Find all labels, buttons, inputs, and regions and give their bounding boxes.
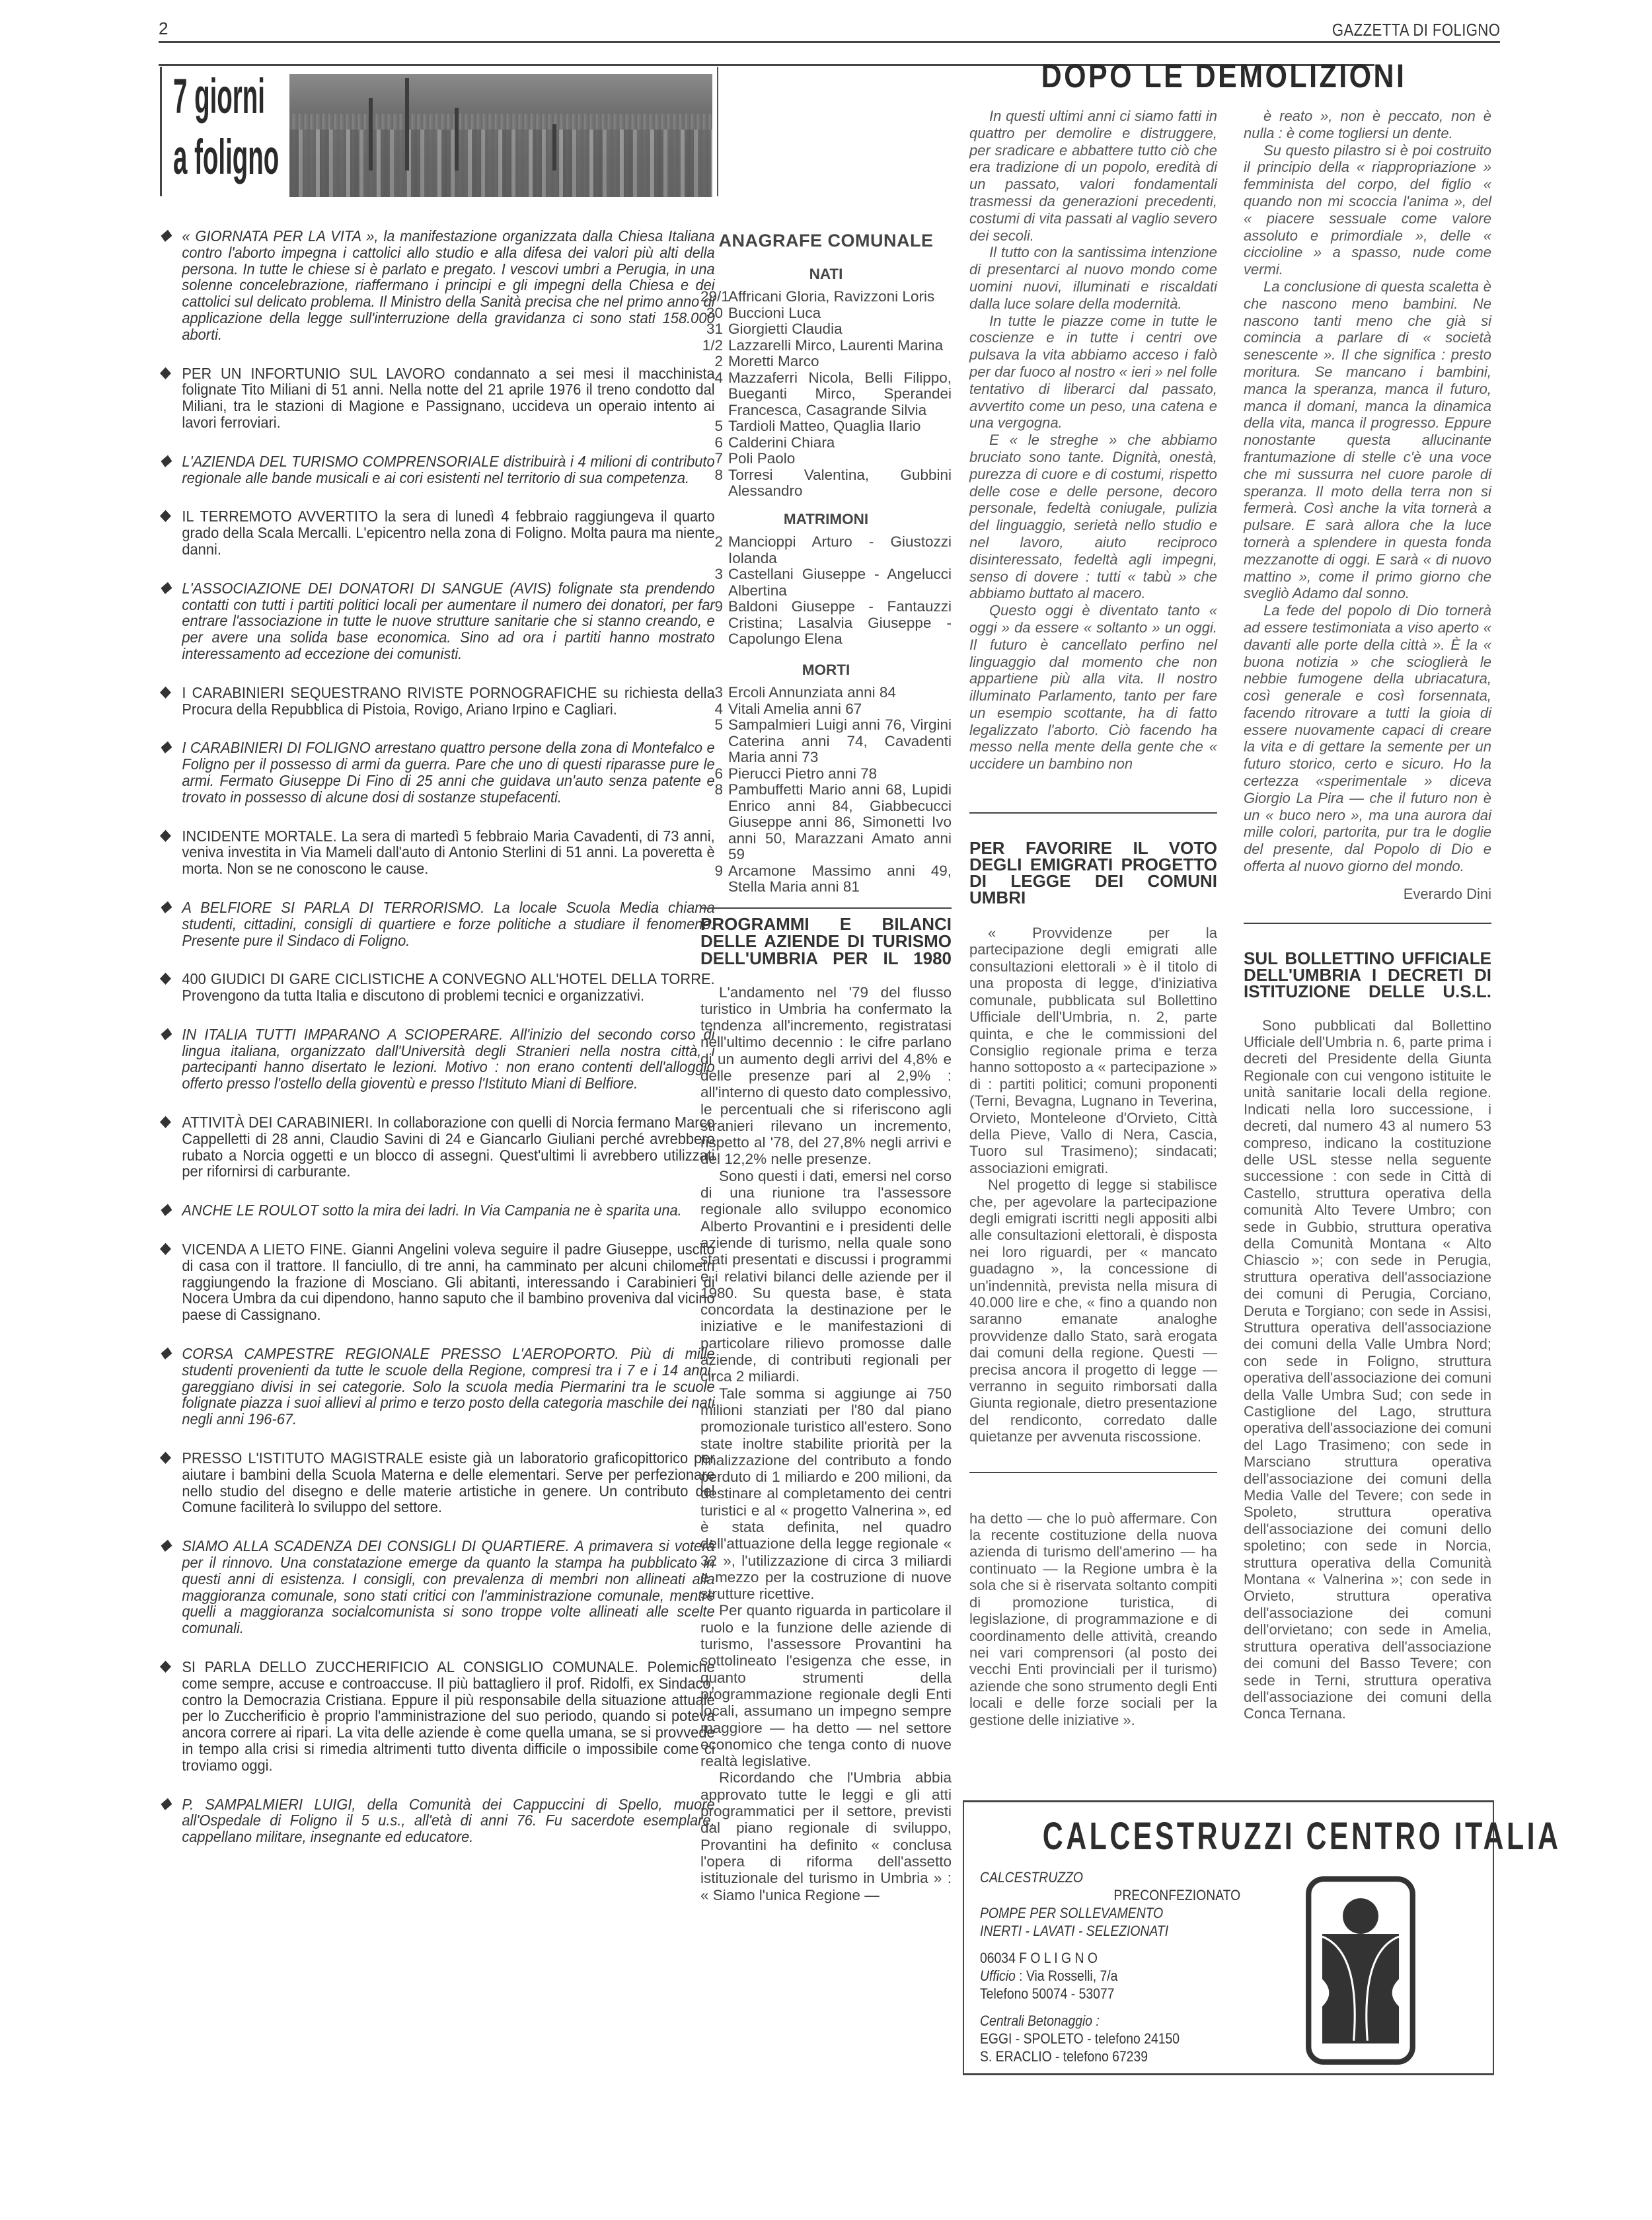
page-number: 2 bbox=[159, 19, 168, 39]
section-title: 7 giorni a foligno bbox=[173, 66, 231, 188]
news-brief-item: ◆L'AZIENDA DEL TURISMO COMPRENSORIALE di… bbox=[159, 453, 715, 486]
registry-entry: 2Moretti Marco bbox=[700, 354, 952, 370]
diamond-bullet-icon: ◆ bbox=[160, 1026, 171, 1042]
news-brief-lead: PER UN INFORTUNIO SUL LAVORO bbox=[182, 365, 445, 382]
calcestruzzi-logo-icon bbox=[1304, 1876, 1417, 2065]
divider bbox=[1244, 923, 1491, 924]
news-brief-column: ◆« GIORNATA PER LA VITA », la manifestaz… bbox=[159, 228, 715, 1868]
registry-entry: 2Mancioppi Arturo - Giustozzi Iolanda bbox=[700, 534, 952, 566]
ad-text: CALCESTRUZZO PRECONFEZIONATO POMPE PER S… bbox=[980, 1868, 1236, 2065]
news-brief-body: la manifestazione organizzata dalla Chie… bbox=[182, 227, 714, 343]
news-brief-item: ◆L'ASSOCIAZIONE DEI DONATORI DI SANGUE (… bbox=[159, 580, 715, 662]
matrimoni-list: 2Mancioppi Arturo - Giustozzi Iolanda3Ca… bbox=[700, 534, 952, 648]
registry-entry: 4Vitali Amelia anni 67 bbox=[700, 701, 952, 718]
news-brief-body: sotto la mira dei ladri. In Via Campania… bbox=[319, 1202, 682, 1219]
diamond-bullet-icon: ◆ bbox=[160, 1345, 171, 1361]
diamond-bullet-icon: ◆ bbox=[160, 508, 171, 524]
registry-date: 4 bbox=[700, 370, 728, 419]
paragraph: Il tutto con la santissima intenzione di… bbox=[969, 244, 1217, 312]
news-brief-lead: P. SAMPALMIERI LUIGI, bbox=[182, 1796, 356, 1813]
registry-names: Poli Paolo bbox=[728, 451, 952, 467]
divider bbox=[969, 812, 1217, 814]
registry-names: Pambuffetti Mario anni 68, Lupidi Enrico… bbox=[728, 782, 952, 863]
diamond-bullet-icon: ◆ bbox=[160, 1449, 171, 1466]
news-brief-item: ◆« GIORNATA PER LA VITA », la manifestaz… bbox=[159, 228, 715, 343]
paragraph: In questi ultimi anni ci siamo fatti in … bbox=[969, 108, 1217, 244]
registry-date: 8 bbox=[700, 782, 728, 863]
registry-entry: 6Pierucci Pietro anni 78 bbox=[700, 766, 952, 783]
paragraph: è reato », non è peccato, non è nulla : … bbox=[1244, 108, 1491, 142]
news-brief-item: ◆VICENDA A LIETO FINE. Gianni Angelini v… bbox=[159, 1241, 715, 1323]
paragraph: ha detto — che lo può affermare. Con la … bbox=[969, 1510, 1217, 1728]
ad-line: INERTI - LAVATI - SELEZIONATI bbox=[980, 1922, 1236, 1940]
registry-date: 3 bbox=[700, 566, 728, 599]
ad-phone: Telefono 50074 - 53077 bbox=[980, 1985, 1236, 2003]
registry-names: Affricani Gloria, Ravizzoni Loris bbox=[728, 289, 952, 305]
news-brief-item: ◆400 GIUDICI DI GARE CICLISTICHE A CONVE… bbox=[159, 971, 715, 1004]
paragraph: Questo oggi è diventato tanto « oggi » d… bbox=[969, 602, 1217, 773]
paragraph: « Provvidenze per la partecipazione degl… bbox=[969, 925, 1217, 1176]
news-brief-lead: L'AZIENDA DEL TURISMO COMPRENSORIALE bbox=[182, 453, 499, 470]
registry-entry: 5Tardioli Matteo, Quaglia Ilario bbox=[700, 418, 952, 435]
news-brief-body: Polemiche come sempre, accuse e controac… bbox=[182, 1658, 714, 1774]
divider bbox=[969, 1472, 1217, 1473]
morti-heading: MORTI bbox=[700, 662, 952, 679]
diamond-bullet-icon: ◆ bbox=[160, 453, 171, 469]
paragraph: In tutte le piazze come in tutte le cosc… bbox=[969, 313, 1217, 432]
news-brief-item: ◆P. SAMPALMIERI LUIGI, della Comunità de… bbox=[159, 1796, 715, 1845]
paragraph: Su questo pilastro si è poi costruito il… bbox=[1244, 142, 1491, 278]
editorial-signature: Everardo Dini bbox=[1244, 886, 1491, 903]
registry-names: Ercoli Annunziata anni 84 bbox=[728, 685, 952, 701]
registry-date: 2 bbox=[700, 354, 728, 370]
news-brief-item: ◆IN ITALIA TUTTI IMPARANO A SCIOPERARE. … bbox=[159, 1026, 715, 1092]
news-brief-lead: L'ASSOCIAZIONE DEI DONATORI DI SANGUE (A… bbox=[182, 580, 551, 597]
registry-date: 6 bbox=[700, 766, 728, 783]
registry-entry: 9Arcamone Massimo anni 49, Stella Maria … bbox=[700, 863, 952, 896]
registry-names: Tardioli Matteo, Quaglia Ilario bbox=[728, 418, 952, 435]
registry-names: Calderini Chiara bbox=[728, 435, 952, 451]
diamond-bullet-icon: ◆ bbox=[160, 1202, 171, 1218]
ad-office-label: Ufficio bbox=[980, 1968, 1016, 1984]
registry-entry: 8Torresi Valentina, Gubbini Alessandro bbox=[700, 467, 952, 500]
diamond-bullet-icon: ◆ bbox=[160, 1658, 171, 1675]
diamond-bullet-icon: ◆ bbox=[160, 739, 171, 755]
registry-date: 3 bbox=[700, 685, 728, 701]
ad-office-address: : Via Rosselli, 7/a bbox=[1019, 1968, 1117, 1984]
ad-plant: EGGI - SPOLETO - telefono 24150 bbox=[980, 2030, 1236, 2048]
paragraph: L'andamento nel '79 del flusso turistico… bbox=[700, 984, 952, 1168]
registry-names: Buccioni Luca bbox=[728, 305, 952, 322]
anagrafe-column: ANAGRAFE COMUNALE NATI 29/1Affricani Glo… bbox=[700, 233, 952, 1903]
news-brief-item: ◆SIAMO ALLA SCADENZA DEI CONSIGLI DI QUA… bbox=[159, 1538, 715, 1636]
paragraph: La fede del popolo di Dio tornerà ad ess… bbox=[1244, 602, 1491, 875]
news-brief-item: ◆IL TERREMOTO AVVERTITO la sera di luned… bbox=[159, 508, 715, 557]
diamond-bullet-icon: ◆ bbox=[160, 827, 171, 844]
diamond-bullet-icon: ◆ bbox=[160, 365, 171, 381]
ad-city: 06034 F O L I G N O bbox=[980, 1949, 1236, 1967]
anagrafe-title: ANAGRAFE COMUNALE bbox=[700, 233, 952, 249]
news-brief-lead: VICENDA A LIETO FINE. bbox=[182, 1241, 346, 1258]
news-brief-lead: 400 GIUDICI DI GARE CICLISTICHE A CONVEG… bbox=[182, 970, 714, 987]
programmi-headline: PROGRAMMI E BILANCI DELLE AZIENDE DI TUR… bbox=[700, 915, 952, 967]
masthead: GAZZETTA DI FOLIGNO bbox=[1332, 20, 1500, 40]
ad-title: CALCESTRUZZI CENTRO ITALIA bbox=[1043, 1814, 1414, 1858]
diamond-bullet-icon: ◆ bbox=[160, 899, 171, 915]
news-brief-body: Provengono da tutta Italia e discutono d… bbox=[182, 987, 644, 1004]
section-title-line2: a foligno bbox=[173, 127, 231, 188]
diamond-bullet-icon: ◆ bbox=[160, 227, 171, 244]
news-brief-lead: IL TERREMOTO AVVERTITO bbox=[182, 508, 378, 525]
registry-date: 1/2 bbox=[700, 338, 728, 354]
news-brief-item: ◆PER UN INFORTUNIO SUL LAVORO condannato… bbox=[159, 365, 715, 431]
registry-entry: 3Castellani Giuseppe - Angelucci Alberti… bbox=[700, 566, 952, 599]
paragraph: Ricordando che l'Umbria abbia approvato … bbox=[700, 1769, 952, 1903]
programmi-continuation: ha detto — che lo può affermare. Con la … bbox=[969, 1510, 1217, 1728]
registry-entry: 5Sampalmieri Luigi anni 76, Virgini Cate… bbox=[700, 717, 952, 766]
registry-names: Baldoni Giuseppe - Fantauzzi Cristina; L… bbox=[728, 599, 952, 648]
registry-names: Pierucci Pietro anni 78 bbox=[728, 766, 952, 783]
registry-names: Arcamone Massimo anni 49, Stella Maria a… bbox=[728, 863, 952, 896]
matrimoni-heading: MATRIMONI bbox=[700, 512, 952, 528]
ad-line: POMPE PER SOLLEVAMENTO bbox=[980, 1904, 1236, 1922]
registry-names: Sampalmieri Luigi anni 76, Virgini Cater… bbox=[728, 717, 952, 766]
news-brief-item: ◆ATTIVITÀ DEI CARABINIERI. In collaboraz… bbox=[159, 1114, 715, 1180]
registry-date: 5 bbox=[700, 717, 728, 766]
news-brief-lead: « GIORNATA PER LA VITA », bbox=[182, 227, 378, 245]
news-brief-lead: I CARABINIERI SEQUESTRANO RIVISTE PORNOG… bbox=[182, 684, 597, 701]
emigrati-article: « Provvidenze per la partecipazione degl… bbox=[969, 925, 1217, 1445]
registry-entry: 31Giorgietti Claudia bbox=[700, 321, 952, 338]
registry-date: 29/1 bbox=[700, 289, 728, 305]
divider bbox=[700, 907, 952, 909]
news-brief-lead: INCIDENTE MORTALE. bbox=[182, 827, 336, 845]
news-brief-item: ◆INCIDENTE MORTALE. La sera di martedì 5… bbox=[159, 828, 715, 877]
ad-plant: S. ERACLIO - telefono 67239 bbox=[980, 2048, 1236, 2065]
registry-names: Lazzarelli Mirco, Laurenti Marina bbox=[728, 338, 952, 354]
registry-entry: 3Ercoli Annunziata anni 84 bbox=[700, 685, 952, 701]
diamond-bullet-icon: ◆ bbox=[160, 684, 171, 701]
editorial-headline: DOPO LE DEMOLIZIONI bbox=[1008, 57, 1440, 95]
morti-list: 3Ercoli Annunziata anni 844Vitali Amelia… bbox=[700, 685, 952, 896]
registry-names: Giorgietti Claudia bbox=[728, 321, 952, 338]
registry-entry: 8Pambuffetti Mario anni 68, Lupidi Enric… bbox=[700, 782, 952, 863]
editorial-column-2: è reato », non è peccato, non è nulla : … bbox=[1244, 108, 1491, 1722]
registry-names: Torresi Valentina, Gubbini Alessandro bbox=[728, 467, 952, 500]
diamond-bullet-icon: ◆ bbox=[160, 1114, 171, 1130]
paragraph: E « le streghe » che abbiamo bruciato so… bbox=[969, 432, 1217, 602]
paragraph: Per quanto riguarda in particolare il ru… bbox=[700, 1602, 952, 1769]
news-brief-item: ◆PRESSO L'ISTITUTO MAGISTRALE esiste già… bbox=[159, 1450, 715, 1515]
registry-date: 9 bbox=[700, 863, 728, 896]
advertisement: CALCESTRUZZI CENTRO ITALIA CALCESTRUZZO … bbox=[963, 1800, 1494, 2075]
registry-entry: 7Poli Paolo bbox=[700, 451, 952, 467]
usl-article: Sono pubblicati dal Bollettino Ufficiale… bbox=[1244, 1017, 1491, 1722]
registry-names: Vitali Amelia anni 67 bbox=[728, 701, 952, 718]
registry-date: 7 bbox=[700, 451, 728, 467]
header-rule bbox=[159, 41, 1500, 43]
news-brief-item: ◆I CARABINIERI SEQUESTRANO RIVISTE PORNO… bbox=[159, 685, 715, 718]
editorial-column-1: In questi ultimi anni ci siamo fatti in … bbox=[969, 108, 1217, 1728]
section-title-line1: 7 giorni bbox=[173, 66, 231, 127]
diamond-bullet-icon: ◆ bbox=[160, 580, 171, 596]
registry-entry: 30Buccioni Luca bbox=[700, 305, 952, 322]
news-brief-lead: SIAMO ALLA SCADENZA DEI CONSIGLI DI QUAR… bbox=[182, 1537, 569, 1554]
registry-names: Mazzaferri Nicola, Belli Filippo, Buegan… bbox=[728, 370, 952, 419]
news-brief-item: ◆ANCHE LE ROULOT sotto la mira dei ladri… bbox=[159, 1202, 715, 1219]
news-brief-lead: SI PARLA DELLO ZUCCHERIFICIO AL CONSIGLI… bbox=[182, 1658, 638, 1675]
news-brief-lead: ATTIVITÀ DEI CARABINIERI. bbox=[182, 1114, 373, 1131]
ad-line: CALCESTRUZZO bbox=[980, 1868, 1236, 1886]
diamond-bullet-icon: ◆ bbox=[160, 970, 171, 987]
news-brief-item: ◆CORSA CAMPESTRE REGIONALE PRESSO L'AERO… bbox=[159, 1346, 715, 1428]
news-brief-item: ◆SI PARLA DELLO ZUCCHERIFICIO AL CONSIGL… bbox=[159, 1659, 715, 1774]
registry-entry: 4Mazzaferri Nicola, Belli Filippo, Buega… bbox=[700, 370, 952, 419]
panorama-photo bbox=[289, 74, 712, 197]
registry-names: Moretti Marco bbox=[728, 354, 952, 370]
diamond-bullet-icon: ◆ bbox=[160, 1241, 171, 1257]
emigrati-headline: PER FAVORIRE IL VOTO DEGLI EMIGRATI PROG… bbox=[969, 840, 1217, 906]
ad-line: PRECONFEZIONATO bbox=[980, 1886, 1236, 1904]
registry-entry: 1/2Lazzarelli Mirco, Laurenti Marina bbox=[700, 338, 952, 354]
paragraph: Nel progetto di legge si stabilisce che,… bbox=[969, 1176, 1217, 1445]
news-brief-lead: ANCHE LE ROULOT bbox=[182, 1202, 318, 1219]
diamond-bullet-icon: ◆ bbox=[160, 1796, 171, 1812]
registry-date: 31 bbox=[700, 321, 728, 338]
registry-entry: 6Calderini Chiara bbox=[700, 435, 952, 451]
news-brief-lead: I CARABINIERI DI FOLIGNO bbox=[182, 739, 370, 756]
registry-date: 30 bbox=[700, 305, 728, 322]
registry-date: 4 bbox=[700, 701, 728, 718]
registry-date: 8 bbox=[700, 467, 728, 500]
registry-date: 2 bbox=[700, 534, 728, 566]
usl-headline: SUL BOLLETTINO UFFICIALE DELL'UMBRIA I D… bbox=[1244, 950, 1491, 1000]
diamond-bullet-icon: ◆ bbox=[160, 1537, 171, 1554]
registry-entry: 29/1Affricani Gloria, Ravizzoni Loris bbox=[700, 289, 952, 305]
registry-date: 6 bbox=[700, 435, 728, 451]
paragraph: Sono questi i dati, emersi nel corso di … bbox=[700, 1168, 952, 1385]
paragraph: Sono pubblicati dal Bollettino Ufficiale… bbox=[1244, 1017, 1491, 1722]
registry-date: 9 bbox=[700, 599, 728, 648]
registry-names: Mancioppi Arturo - Giustozzi Iolanda bbox=[728, 534, 952, 566]
paragraph: Tale somma si aggiunge ai 750 milioni st… bbox=[700, 1385, 952, 1603]
registry-names: Castellani Giuseppe - Angelucci Albertin… bbox=[728, 566, 952, 599]
news-brief-lead: PRESSO L'ISTITUTO MAGISTRALE bbox=[182, 1449, 423, 1467]
news-brief-item: ◆A BELFIORE SI PARLA DI TERRORISMO. La l… bbox=[159, 899, 715, 948]
paragraph: La conclusione di questa scaletta è che … bbox=[1244, 278, 1491, 602]
news-brief-lead: CORSA CAMPESTRE REGIONALE PRESSO L'AEROP… bbox=[182, 1345, 619, 1362]
news-brief-lead: A BELFIORE SI PARLA DI TERRORISMO. bbox=[182, 899, 484, 916]
news-brief-item: ◆I CARABINIERI DI FOLIGNO arrestano quat… bbox=[159, 740, 715, 805]
news-brief-lead: IN ITALIA TUTTI IMPARANO A SCIOPERARE. bbox=[182, 1026, 503, 1043]
programmi-article: L'andamento nel '79 del flusso turistico… bbox=[700, 984, 952, 1903]
nati-heading: NATI bbox=[700, 266, 952, 283]
registry-date: 5 bbox=[700, 418, 728, 435]
nati-list: 29/1Affricani Gloria, Ravizzoni Loris30B… bbox=[700, 289, 952, 500]
registry-entry: 9Baldoni Giuseppe - Fantauzzi Cristina; … bbox=[700, 599, 952, 648]
ad-plants-label: Centrali Betonaggio : bbox=[980, 2012, 1236, 2030]
